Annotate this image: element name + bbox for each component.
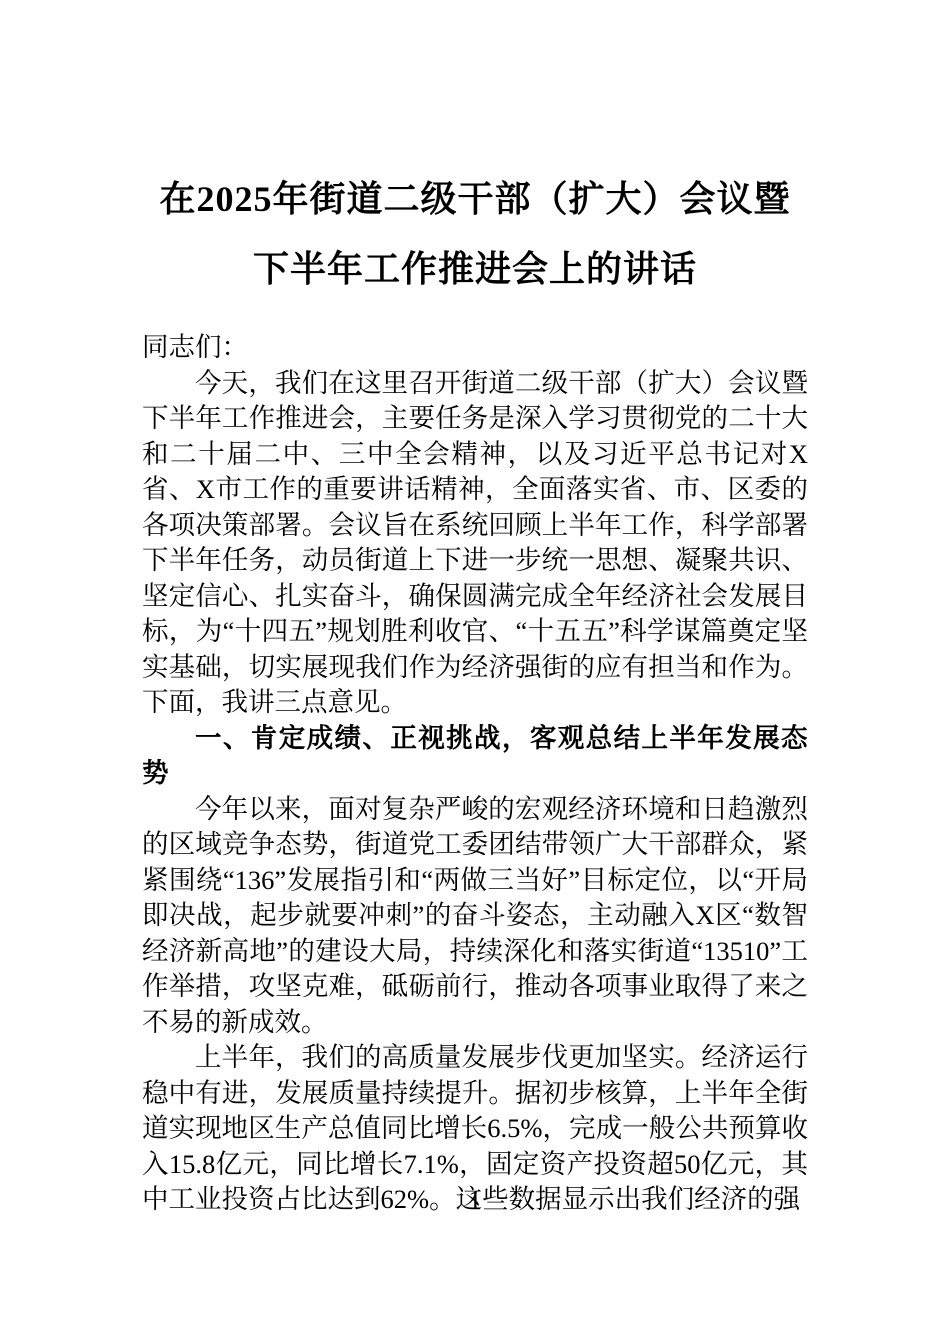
document-page: 在2025年街道二级干部（扩大）会议暨下半年工作推进会上的讲话 同志们： 今天，… [0,0,950,1344]
paragraph-opening: 今天，我们在这里召开街道二级干部（扩大）会议暨下半年工作推进会，主要任务是深入学… [142,366,808,721]
section-heading-1: 一、肯定成绩、正视挑战，客观总结上半年发展态势 [142,721,808,792]
document-title: 在2025年街道二级干部（扩大）会议暨下半年工作推进会上的讲话 [142,164,808,304]
salutation-line: 同志们： [142,330,808,366]
page-number: 1 [0,1183,950,1218]
document-body: 同志们： 今天，我们在这里召开街道二级干部（扩大）会议暨下半年工作推进会，主要任… [142,330,808,1218]
paragraph-overview: 今年以来，面对复杂严峻的宏观经济环境和日趋激烈的区域竞争态势，街道党工委团结带领… [142,792,808,1041]
